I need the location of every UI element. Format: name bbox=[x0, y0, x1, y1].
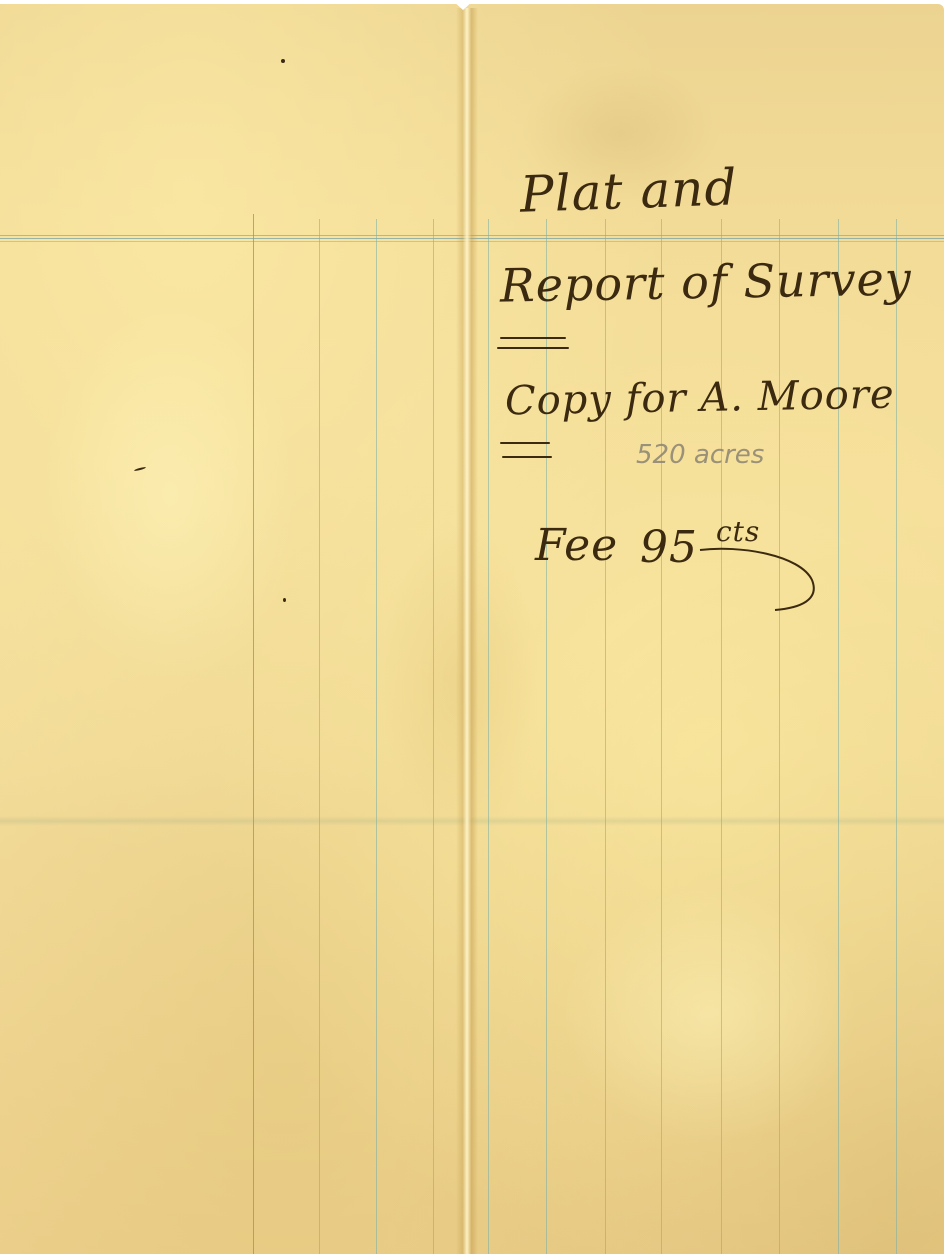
ruling-line bbox=[896, 219, 897, 1254]
double-underline bbox=[500, 442, 550, 444]
ruling-line bbox=[376, 219, 377, 1254]
fee-amount: 95 bbox=[640, 522, 698, 573]
paper-stain bbox=[40, 304, 300, 684]
ruling-line bbox=[319, 219, 320, 1254]
ruling-line bbox=[546, 219, 547, 1254]
ruling-line bbox=[488, 219, 489, 1254]
title-line-copy-for: Copy for A. Moore bbox=[505, 372, 895, 425]
ink-speck bbox=[134, 466, 146, 471]
double-underline bbox=[500, 337, 566, 339]
fee-label: Fee bbox=[535, 520, 618, 571]
ruling-line bbox=[433, 219, 434, 1254]
title-line-plat-and: Plat and bbox=[519, 158, 738, 224]
fee-unit: cts bbox=[716, 515, 760, 548]
pencil-note-acreage: 520 acres bbox=[636, 440, 764, 470]
double-underline bbox=[502, 456, 552, 458]
ruling-line bbox=[661, 219, 662, 1254]
paper-sheet bbox=[0, 4, 944, 1254]
ink-speck bbox=[283, 598, 286, 602]
ruling-line bbox=[605, 219, 606, 1254]
title-line-report-of-survey: Report of Survey bbox=[500, 251, 913, 312]
double-underline bbox=[497, 347, 569, 349]
ink-speck bbox=[281, 59, 285, 63]
center-fold-crease bbox=[456, 8, 478, 1254]
margin-line bbox=[253, 214, 254, 1254]
